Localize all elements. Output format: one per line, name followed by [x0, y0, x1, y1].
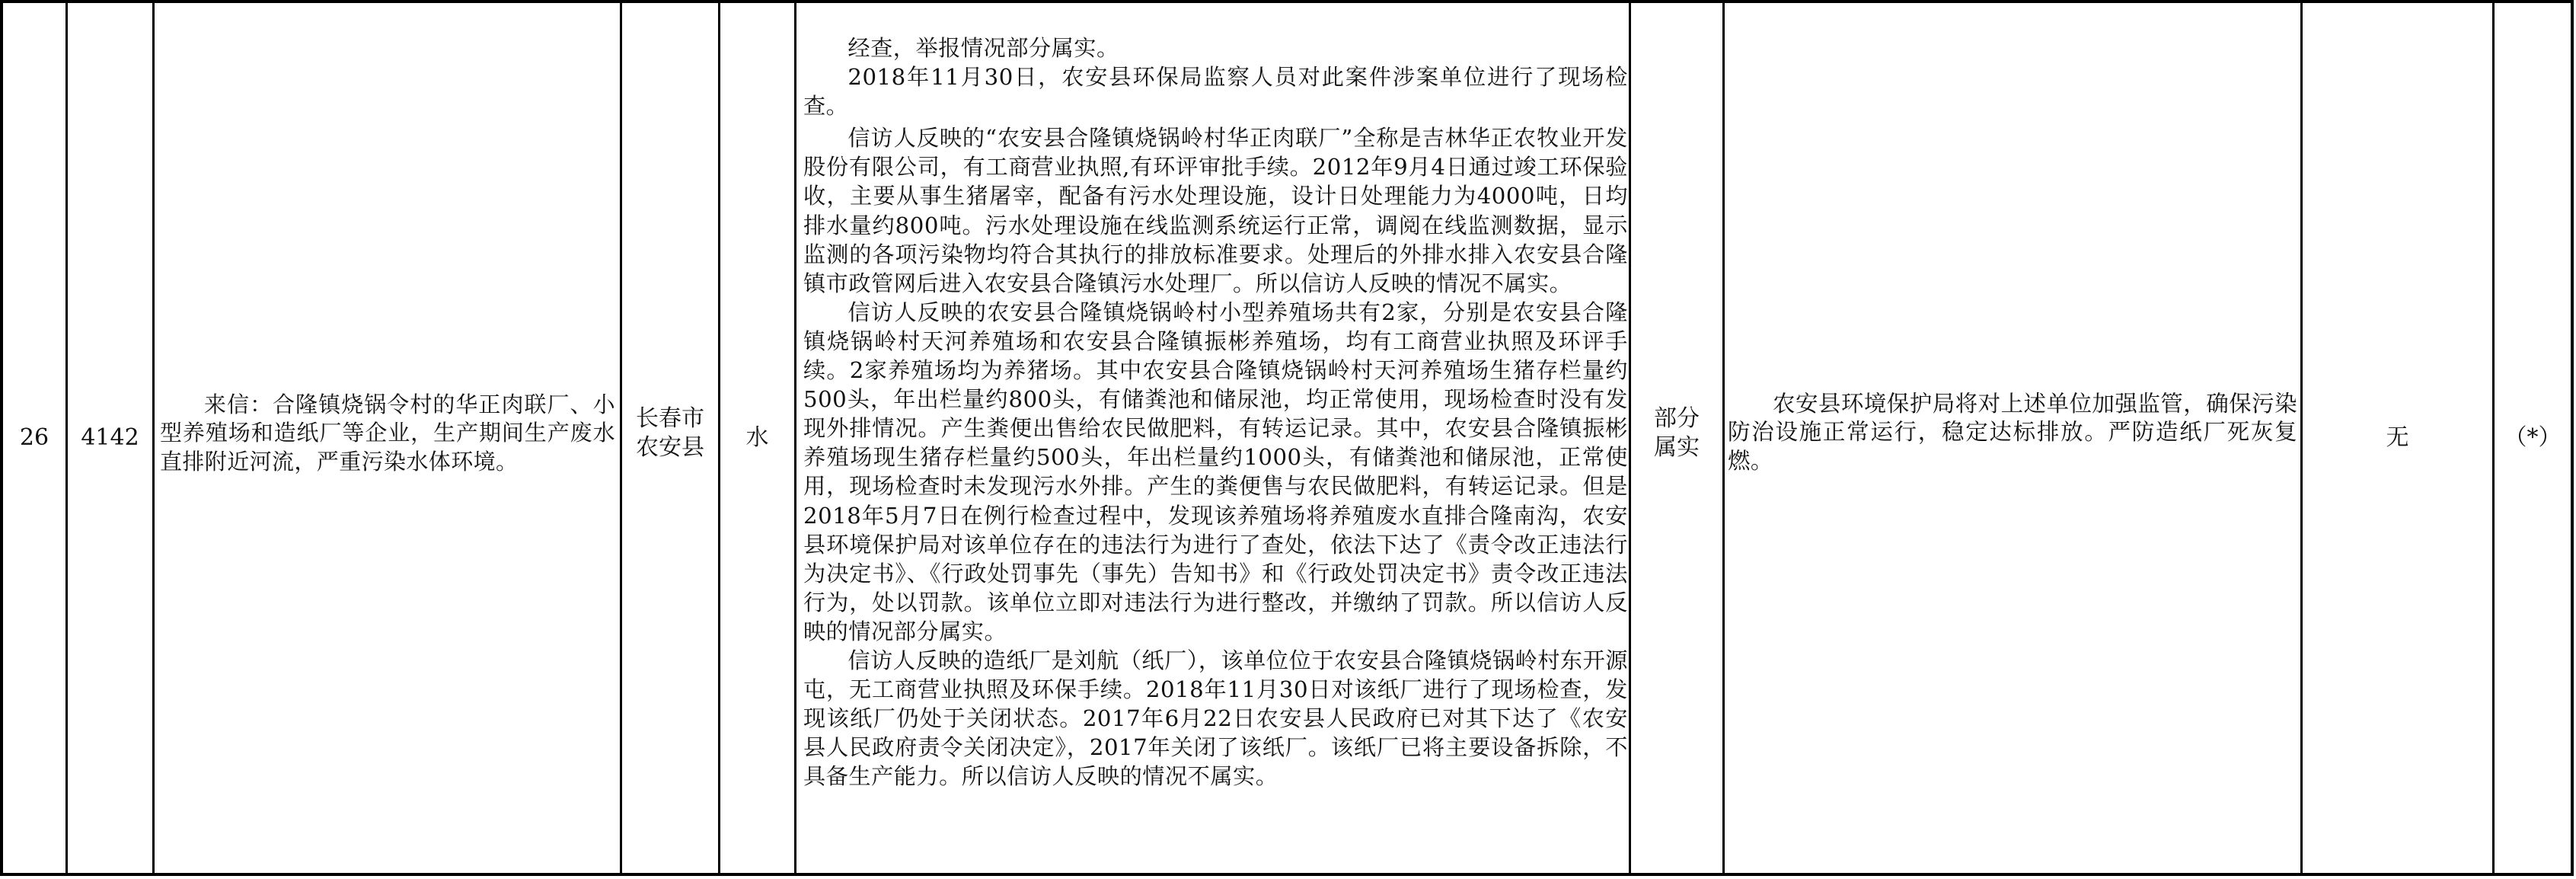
- rectification-text: 农安县环境保护局将对上述单位加强监管，确保污染防治设施正常运行，稳定达标排放。严…: [1728, 390, 2297, 476]
- column-divider: [152, 3, 155, 873]
- cell-case-id: 4142: [68, 3, 152, 873]
- case-id: 4142: [81, 424, 139, 452]
- investigation-paragraph: 信访人反映的“农安县合隆镇烧锅岭村华正肉联厂”全称是吉林华正农牧业开发股份有限公…: [803, 123, 1628, 298]
- investigation-paragraph: 2018年11月30日，农安县环保局监察人员对此案件涉案单位进行了现场检查。: [803, 62, 1628, 120]
- verdict-line-1: 部分: [1654, 404, 1700, 433]
- cell-remark: （*）: [2495, 3, 2571, 873]
- cell-accountability: 无: [2303, 3, 2492, 873]
- cell-verdict: 部分 属实: [1631, 3, 1722, 873]
- cell-complaint: 来信：合隆镇烧锅令村的华正肉联厂、小型养殖场和造纸厂等企业，生产期间生产废水直排…: [158, 3, 618, 873]
- cell-index: 26: [3, 3, 65, 873]
- complaint-text: 来信：合隆镇烧锅令村的华正肉联厂、小型养殖场和造纸厂等企业，生产期间生产废水直排…: [160, 391, 615, 477]
- investigation-paragraph: 经查，举报情况部分属实。: [803, 34, 1628, 62]
- investigation-paragraph: 信访人反映的造纸厂是刘航（纸厂），该单位位于农安县合隆镇烧锅岭村东开源屯，无工商…: [803, 646, 1628, 791]
- column-divider: [794, 3, 796, 873]
- location-county: 农安县: [636, 433, 704, 462]
- cell-rectification: 农安县环境保护局将对上述单位加强监管，确保污染防治设施正常运行，稳定达标排放。严…: [1725, 3, 2300, 873]
- location-city: 长春市: [636, 404, 704, 433]
- row-index: 26: [20, 424, 49, 452]
- cell-location: 长春市 农安县: [622, 3, 718, 873]
- case-table-row: 26 4142 来信：合隆镇烧锅令村的华正肉联厂、小型养殖场和造纸厂等企业，生产…: [0, 0, 2574, 876]
- accountability-value: 无: [2386, 424, 2409, 452]
- verdict-line-2: 属实: [1654, 433, 1700, 462]
- cell-investigation: 经查，举报情况部分属实。 2018年11月30日，农安县环保局监察人员对此案件涉…: [803, 34, 1628, 791]
- pollution-type: 水: [746, 424, 769, 452]
- investigation-paragraph: 信访人反映的农安县合隆镇烧锅岭村小型养殖场共有2家，分别是农安县合隆镇烧锅岭村天…: [803, 298, 1628, 646]
- remark-value: （*）: [2504, 424, 2562, 452]
- cell-pollution-type: 水: [720, 3, 794, 873]
